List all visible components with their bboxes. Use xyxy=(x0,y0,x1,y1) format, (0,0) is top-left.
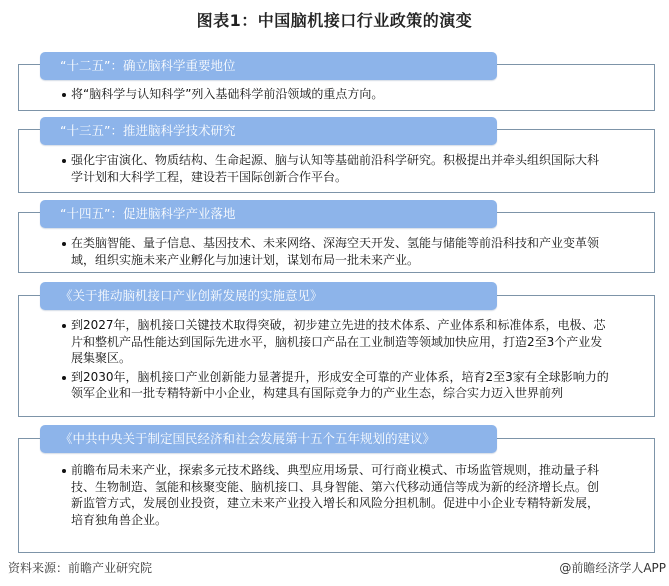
section-bullets: 强化宇宙演化、物质结构、生命起源、脑与认知等基础前沿科学研究。积极提出并牵头组织… xyxy=(62,152,610,187)
bullet-item: 将“脑科学与认知科学”列入基础科学前沿领域的重点方向。 xyxy=(62,86,610,103)
bullet-item: 在类脑智能、量子信息、基因技术、未来网络、深海空天开发、氢能与储能等前沿科技和产… xyxy=(62,235,610,268)
bullet-item: 到2030年，脑机接口产业创新能力显著提升，形成安全可靠的产业体系，培育2至3家… xyxy=(62,369,610,402)
bullet-item: 强化宇宙演化、物质结构、生命起源、脑与认知等基础前沿科学研究。积极提出并牵头组织… xyxy=(62,152,610,185)
source-note: 资料来源：前瞻产业研究院 xyxy=(8,559,152,576)
section-header: 《中共中央关于制定国民经济和社会发展第十五个五年规划的建议》 xyxy=(40,425,497,453)
section-bullets: 到2027年，脑机接口关键技术取得突破，初步建立先进的技术体系、产业体系和标准体… xyxy=(62,317,610,404)
section-header: “十四五”：促进脑科学产业落地 xyxy=(40,200,497,228)
section-bullets: 在类脑智能、量子信息、基因技术、未来网络、深海空天开发、氢能与储能等前沿科技和产… xyxy=(62,235,610,270)
section-header: 《关于推动脑机接口产业创新发展的实施意见》 xyxy=(40,282,497,310)
chart-title: 图表1：中国脑机接口行业政策的演变 xyxy=(0,8,669,31)
bullet-item: 前瞻布局未来产业，探索多元技术路线、典型应用场景、可行商业模式、市场监管规则，推… xyxy=(62,462,610,528)
credit-note: @前瞻经济学人APP xyxy=(559,559,666,576)
section-header: “十二五”：确立脑科学重要地位 xyxy=(40,52,497,80)
section-bullets: 前瞻布局未来产业，探索多元技术路线、典型应用场景、可行商业模式、市场监管规则，推… xyxy=(62,462,610,530)
section-bullets: 将“脑科学与认知科学”列入基础科学前沿领域的重点方向。 xyxy=(62,86,610,105)
section-header: “十三五”：推进脑科学技术研究 xyxy=(40,117,497,145)
bullet-item: 到2027年，脑机接口关键技术取得突破，初步建立先进的技术体系、产业体系和标准体… xyxy=(62,317,610,367)
